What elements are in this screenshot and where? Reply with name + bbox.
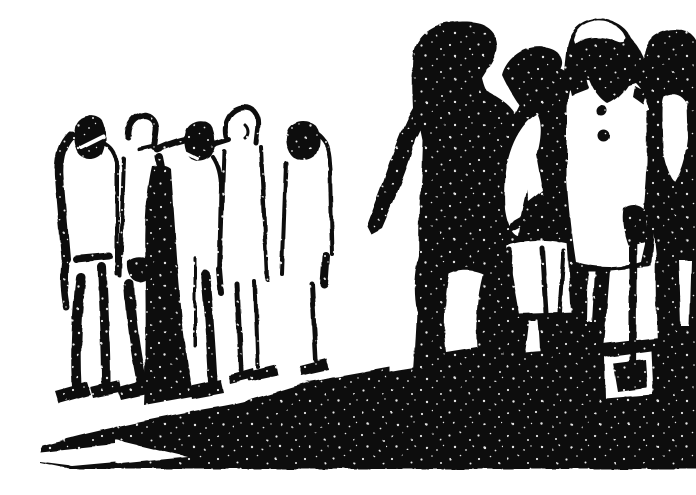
ink-speckle-texture — [40, 16, 696, 479]
ink-illustration: Ink illustration — [40, 16, 696, 479]
illustration-art — [40, 16, 696, 479]
illustration-canvas: Ink illustration — [40, 16, 696, 479]
